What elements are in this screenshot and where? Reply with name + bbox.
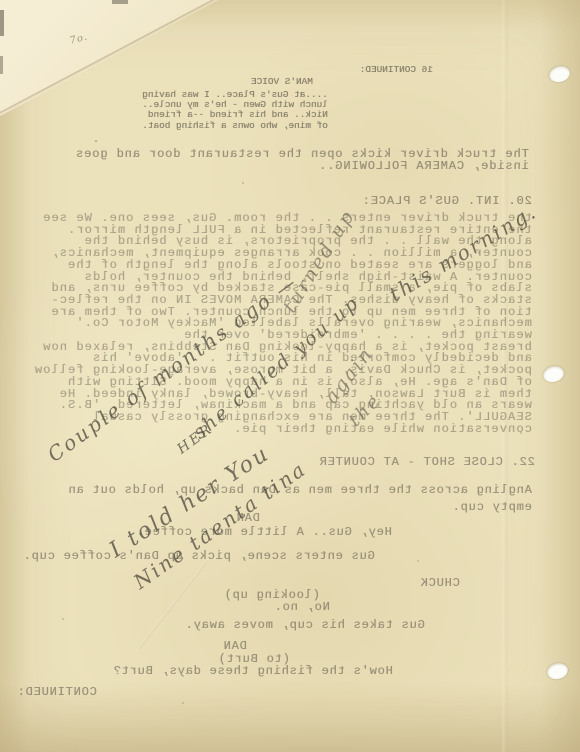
handwriting-she-called: she called you up bbox=[189, 291, 364, 443]
scanned-script-page: 16 CONTINUED: MAN'S VOICE ....at Gus's P… bbox=[0, 0, 580, 752]
corner-pencil-mark: 7o. bbox=[69, 31, 90, 46]
handwriting-this-morning: this morning. bbox=[385, 199, 542, 306]
handwriting-layer: turned up again this morning. the Couple… bbox=[0, 0, 580, 752]
handwriting-the: the bbox=[345, 390, 386, 431]
